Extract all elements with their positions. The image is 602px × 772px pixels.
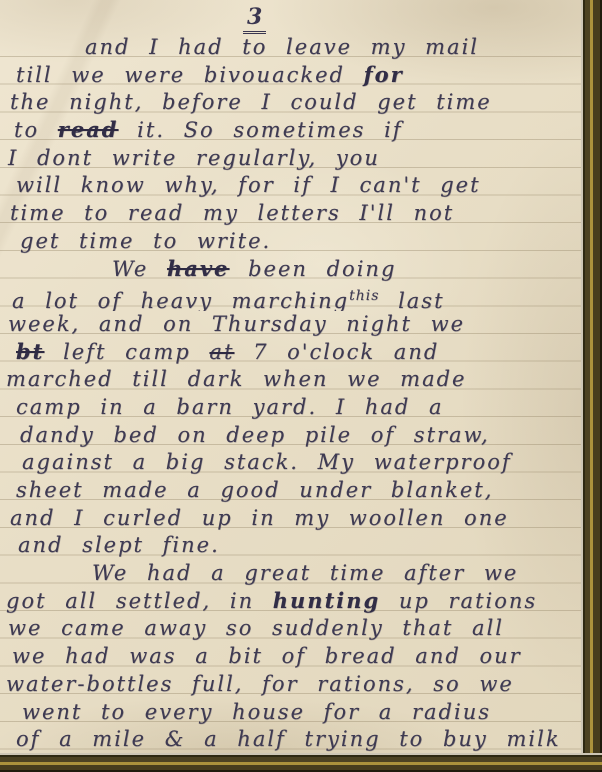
handwriting-segment: and I curled up in my woollen one (10, 506, 509, 530)
handwriting-segment: of a mile & a half trying to buy milk (16, 727, 561, 751)
handwriting-line: will know why, for if I can't get (0, 172, 577, 200)
handwriting-segment: a lot of heavy marching (12, 289, 349, 311)
handwriting-segment: at (209, 340, 234, 364)
handwriting-segment: been doing (229, 257, 396, 281)
handwriting-segment: till we were bivouacked (16, 63, 364, 87)
handwriting-segment: and I had to leave my mail (85, 35, 479, 59)
handwriting-segment: this (349, 288, 379, 304)
handwriting-segment: dandy bed on deep pile of straw, (20, 423, 490, 447)
handwriting-line: camp in a barn yard. I had a (0, 394, 577, 422)
letter-paper: 3 and I had to leave my mailtill we were… (0, 0, 581, 753)
handwriting-line: We have been doing (0, 256, 577, 284)
handwriting-line: went to every house for a radius (0, 699, 577, 727)
frame-border-bottom (0, 753, 602, 772)
handwriting-segment: bt (16, 339, 44, 364)
handwriting-line: and I curled up in my woollen one (0, 505, 577, 533)
handwriting-line: the night, before I could get time (0, 89, 577, 117)
handwriting-segment: and slept fine. (18, 533, 220, 557)
handwriting-line: bt left camp at 7 o'clock and (0, 339, 577, 367)
handwriting-line: till we were bivouacked for (0, 62, 577, 90)
handwriting-line: a lot of heavy marchingthis last (0, 283, 577, 311)
handwriting-segment: have (167, 256, 229, 281)
handwriting-line: water-bottles full, for rations, so we (0, 671, 577, 699)
handwriting-line: we came away so suddenly that all (0, 615, 577, 643)
handwriting-line: dandy bed on deep pile of straw, (0, 422, 577, 450)
handwriting-segment: against a big stack. My waterproof (22, 450, 512, 474)
handwriting-segment: 7 o'clock and (234, 340, 439, 364)
handwriting-body: and I had to leave my mailtill we were b… (0, 34, 577, 753)
handwriting-line: We had a great time after we (0, 560, 577, 588)
handwriting-segment: We (112, 257, 167, 281)
handwriting-segment: hunting (273, 588, 380, 613)
handwriting-line: to read it. So sometimes if (0, 117, 577, 145)
handwriting-segment: marched till dark when we made (6, 367, 466, 391)
handwriting-segment: time to read my letters I'll not (10, 201, 454, 225)
handwriting-line: we had was a bit of bread and our (0, 643, 577, 671)
handwriting-segment: water-bottles full, for rations, so we (6, 672, 514, 696)
handwriting-segment: left camp (44, 340, 209, 364)
handwriting-segment: last (379, 289, 444, 311)
handwriting-line: got all settled, in hunting up rations (0, 588, 577, 616)
handwriting-segment: went to every house for a radius (22, 700, 491, 724)
handwriting-segment: to (14, 118, 58, 142)
handwriting-segment: it. So sometimes if (118, 118, 402, 142)
handwriting-segment: I dont write regularly, you (8, 146, 380, 170)
handwriting-segment: up rations (380, 589, 537, 613)
handwriting-segment: We had a great time after we (92, 561, 518, 585)
handwriting-line: and slept fine. (0, 532, 577, 560)
handwriting-line: of a mile & a half trying to buy milk (0, 726, 577, 753)
handwriting-segment: week, and on Thursday night we (8, 312, 465, 336)
handwriting-segment: get time to write. (20, 229, 271, 253)
handwriting-line: get time to write. (0, 228, 577, 256)
page-number: 3 (243, 4, 266, 34)
handwriting-line: I dont write regularly, you (0, 145, 577, 173)
handwriting-segment: for (364, 62, 404, 87)
frame-border-right (581, 0, 602, 772)
handwriting-line: time to read my letters I'll not (0, 200, 577, 228)
handwriting-line: week, and on Thursday night we (0, 311, 577, 339)
handwriting-line: and I had to leave my mail (0, 34, 577, 62)
handwriting-line: sheet made a good under blanket, (0, 477, 577, 505)
handwriting-segment: we had was a bit of bread and our (12, 644, 522, 668)
handwriting-segment: read (58, 117, 119, 142)
handwriting-segment: got all settled, in (6, 589, 273, 613)
handwriting-segment: sheet made a good under blanket, (16, 478, 493, 502)
handwriting-segment: will know why, for if I can't get (16, 173, 481, 197)
handwriting-segment: the night, before I could get time (10, 90, 492, 114)
handwriting-segment: we came away so suddenly that all (8, 616, 504, 640)
handwriting-line: against a big stack. My waterproof (0, 449, 577, 477)
handwriting-line: marched till dark when we made (0, 366, 577, 394)
handwriting-segment: camp in a barn yard. I had a (16, 395, 444, 419)
framed-letter-photo: 3 and I had to leave my mailtill we were… (0, 0, 602, 772)
